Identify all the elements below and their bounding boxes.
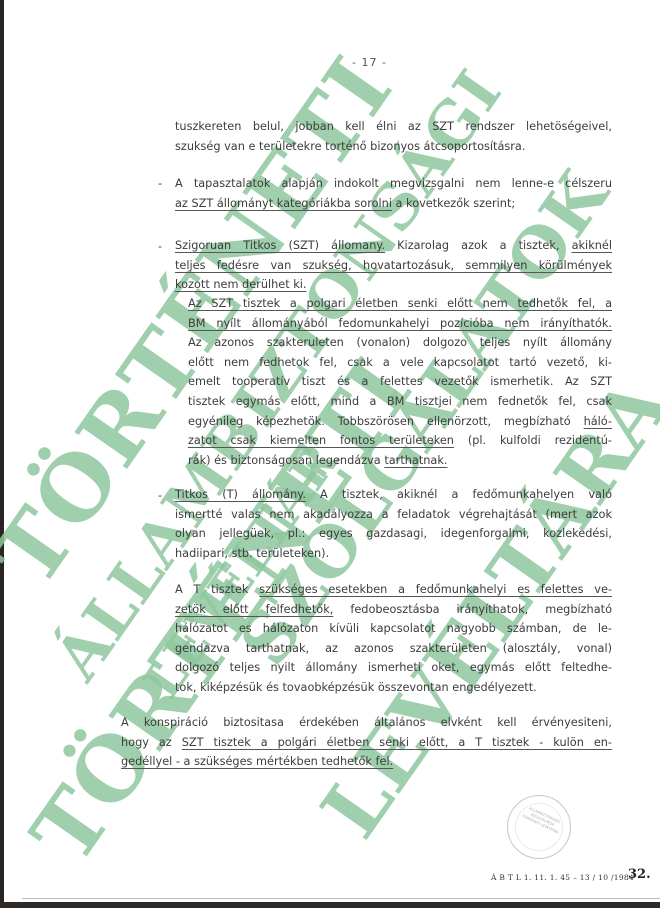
text-span: A T tisztek xyxy=(175,583,259,596)
text-line: gedéllyel - a szükséges mértékben tedhet… xyxy=(121,752,612,772)
stamp-text: ÁLLAMBIZTONSÁGI SZOLGÁLATOK TÖRTÉNETI LE… xyxy=(507,795,571,859)
text-line: az SZT állományt kategóriákba sorolni a … xyxy=(175,194,612,214)
text-span: (pl. kulfoldi rezidentú- xyxy=(454,434,612,447)
archive-stamp: ÁLLAMBIZTONSÁGI SZOLGÁLATOK TÖRTÉNETI LE… xyxy=(507,795,571,859)
bullet-dash: - xyxy=(158,177,162,190)
text-line: előtt nem fedhetok fel, csak a vele kapc… xyxy=(188,353,612,373)
text-line: hálózatot es hálózaton kívüli kapcsolato… xyxy=(175,619,612,639)
text-line: A T tisztek szükséges esetekben a fedőmu… xyxy=(175,580,612,600)
text-line: Titkos (T) állomány. A tisztek, akiknél … xyxy=(175,485,612,505)
underlined-text: Szigoruan Titkos (SZT) állomany. xyxy=(175,239,385,252)
text-line: hadiipari, stb. területeken). xyxy=(175,544,612,564)
text-span: Kizarolag azok a tisztek, xyxy=(385,239,572,252)
underlined-text: háló- xyxy=(584,415,612,428)
underlined-text: akiknél xyxy=(572,239,612,252)
text-line: A konspiráció biztositasa érdekében álta… xyxy=(121,713,612,733)
paragraph-7: A konspiráció biztositasa érdekében álta… xyxy=(121,713,612,772)
underlined-text: zetök előtt felfedhetők, xyxy=(175,603,333,616)
text-line: Szigoruan Titkos (SZT) állomany. Kizarol… xyxy=(175,236,612,256)
scan-bottom-edge xyxy=(0,902,660,908)
text-line: ismertté valas nem akadályozza a feladat… xyxy=(175,505,612,525)
text-line: emelt tooperatív tiszt és a felettes vez… xyxy=(188,372,612,392)
paragraph-4: Az SZT tisztek a polgari életben senki e… xyxy=(188,294,612,470)
bullet-dash: - xyxy=(158,240,162,253)
text-line: olyan jellegüek, pl.: egyes gazdasagi, i… xyxy=(175,524,612,544)
text-line: Az azonos szakteruleten (vonalon) dolgoz… xyxy=(188,333,612,353)
text-line: zetök előtt felfedhetők, fedobeosztásba … xyxy=(175,600,612,620)
underlined-text: tarthatnak. xyxy=(384,454,447,467)
text-line: zatot csak kiemelten fontos területeken … xyxy=(188,431,612,451)
text-line: kozott nem derülhet ki. xyxy=(175,275,612,295)
paragraph-2: A tapasztalatok alapján indokolt megvizs… xyxy=(175,174,612,213)
text-line: gendazva tarthatnak, az azonos szakterül… xyxy=(175,639,612,659)
text-line: tisztek egymás előtt, mind a BM tisztjei… xyxy=(188,392,612,412)
underlined-text: szükséges esetekben a fedőmunkahelyi es … xyxy=(259,583,612,596)
text-line: tuszkereten belul, jobban kell élni az S… xyxy=(175,117,612,137)
paragraph-1: tuszkereten belul, jobban kell élni az S… xyxy=(175,117,612,156)
text-line: rák) és biztonságosan legendázva tarthat… xyxy=(188,451,612,471)
text-span: fedobeosztásba irányíthatok, megbízható xyxy=(333,603,612,616)
text-line: szukség van e területekre torténő bizony… xyxy=(175,137,612,157)
underlined-text: gedéllyel - a szükséges mértékben tedhet… xyxy=(121,755,393,768)
text-line: tok, kiképzésük és tovaobképzésük összev… xyxy=(175,678,612,698)
text-span: egyénileg képezhetök. Tobbszörösen ellen… xyxy=(188,415,584,428)
underlined-text: teljes fedésre van szukség, hovatartozás… xyxy=(175,259,612,272)
page-number: - 17 - xyxy=(352,56,387,69)
paragraph-6: A T tisztek szükséges esetekben a fedőmu… xyxy=(175,580,612,698)
bottom-rule xyxy=(22,898,660,899)
text-line: Az SZT tisztek a polgari életben senki e… xyxy=(188,294,612,314)
underlined-text: az SZT állományt kategóriákba sorolni xyxy=(175,197,392,210)
paragraph-3: Szigoruan Titkos (SZT) állomany. Kizarol… xyxy=(175,236,612,295)
text-line: egyénileg képezhetök. Tobbszörösen ellen… xyxy=(188,412,612,432)
text-line: A tapasztalatok alapján indokolt megvizs… xyxy=(175,174,612,194)
text-line: hogy az SZT tisztek a polgári életben se… xyxy=(121,733,612,753)
underlined-text: Az SZT tisztek a polgari életben senki e… xyxy=(188,297,612,310)
text-span: rák) és biztonságosan legendázva xyxy=(188,454,384,467)
text-line: teljes fedésre van szukség, hovatartozás… xyxy=(175,256,612,276)
sheet-number: 32. xyxy=(628,867,651,882)
scan-left-edge xyxy=(0,0,4,908)
text-span: A tisztek, akiknél a fedőmunkahelyen val… xyxy=(306,488,612,501)
bullet-dash: - xyxy=(158,489,162,502)
underlined-text: zatot csak kiemelten fontos területeken xyxy=(188,434,454,447)
underlined-text: kozott nem derülhet ki. xyxy=(175,278,307,291)
underlined-text: SZT tisztek a polgári életben senki előt… xyxy=(182,736,612,749)
archive-reference: Á B T L 1. 11. 1. 45 – 13 / 10 /1984 xyxy=(491,873,634,882)
paragraph-5: Titkos (T) állomány. A tisztek, akiknél … xyxy=(175,485,612,563)
text-span: hogy az xyxy=(121,736,182,749)
text-line: dolgozó teljes nyilt állomány ismerheti … xyxy=(175,658,612,678)
underlined-text: Titkos (T) állomány. xyxy=(175,488,306,501)
text-line: BM nyílt állományából fedomunkahelyi poz… xyxy=(188,314,612,334)
underlined-text: BM nyílt állományából fedomunkahelyi poz… xyxy=(188,317,612,330)
text-span: a kovetkezők szerint; xyxy=(392,197,515,210)
